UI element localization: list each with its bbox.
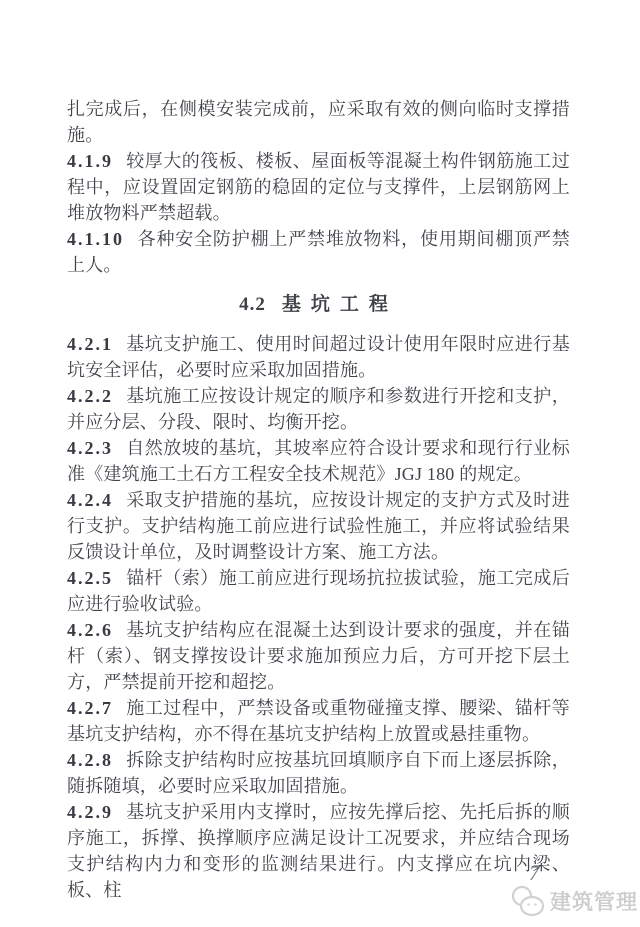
clause-number: 4.2.2	[67, 386, 113, 406]
clause-4-2-2: 4.2.2基坑施工应按设计规定的顺序和参数进行开挖和支护，并应分层、分段、限时、…	[67, 383, 570, 435]
clause-text: 锚杆（索）施工前应进行现场抗拉拔试验，施工完成后应进行验收试验。	[67, 568, 570, 614]
document-page: 扎完成后，在侧模安装完成前，应采取有效的侧向临时支撑措施。 4.1.9较厚大的筏…	[0, 0, 640, 927]
clause-4-2-4: 4.2.4采取支护措施的基坑，应按设计规定的支护方式及时进行支护。支护结构施工前…	[67, 487, 570, 565]
clause-number: 4.2.9	[67, 802, 113, 822]
clause-number: 4.2.8	[67, 750, 113, 770]
clause-text: 扎完成后，在侧模安装完成前，应采取有效的侧向临时支撑措施。	[67, 99, 570, 145]
clause-4-2-1: 4.2.1基坑支护施工、使用时间超过设计使用年限时应进行基坑安全评估，必要时应采…	[67, 331, 570, 383]
clause-4-2-5: 4.2.5锚杆（索）施工前应进行现场抗拉拔试验，施工完成后应进行验收试验。	[67, 565, 570, 617]
clause-text: 基坑支护施工、使用时间超过设计使用年限时应进行基坑安全评估，必要时应采取加固措施…	[67, 334, 570, 380]
clause-number: 4.1.10	[67, 229, 124, 249]
clause-text: 拆除支护结构时应按基坑回填顺序自下而上逐层拆除，随拆随填，必要时应采取加固措施。	[67, 750, 570, 796]
clause-4-2-8: 4.2.8拆除支护结构时应按基坑回填顺序自下而上逐层拆除，随拆随填，必要时应采取…	[67, 747, 570, 799]
clause-text: 基坑施工应按设计规定的顺序和参数进行开挖和支护，并应分层、分段、限时、均衡开挖。	[67, 386, 570, 432]
clause-number: 4.2.7	[67, 698, 113, 718]
clause-4-2-9: 4.2.9基坑支护采用内支撑时，应按先撑后挖、先托后拆的顺序施工，拆撑、换撑顺序…	[67, 799, 570, 903]
section-title: 基坑工程	[282, 294, 398, 315]
clause-number: 4.2.5	[67, 568, 113, 588]
clause-text: 基坑支护结构应在混凝土达到设计要求的强度，并在锚杆（索）、钢支撑按设计要求施加预…	[67, 620, 570, 692]
watermark-logo: 建筑管理	[510, 885, 638, 917]
section-heading: 4.2基坑工程	[67, 291, 570, 318]
clause-number: 4.2.4	[67, 490, 113, 510]
clause-number: 4.2.1	[67, 334, 113, 354]
clause-4-2-7: 4.2.7施工过程中，严禁设备或重物碰撞支撑、腰梁、锚杆等基坑支护结构，亦不得在…	[67, 695, 570, 747]
section-number: 4.2	[239, 294, 266, 315]
clause-text: 基坑支护采用内支撑时，应按先撑后挖、先托后拆的顺序施工，拆撑、换撑顺序应满足设计…	[67, 802, 570, 900]
clause-text: 各种安全防护棚上严禁堆放物料，使用期间棚顶严禁上人。	[67, 229, 570, 275]
clause-text: 较厚大的筏板、楼板、屋面板等混凝土构件钢筋施工过程中，应设置固定钢筋的稳固的定位…	[67, 151, 570, 223]
page-body-text: 扎完成后，在侧模安装完成前，应采取有效的侧向临时支撑措施。 4.1.9较厚大的筏…	[67, 96, 570, 903]
clause-4-1-9: 4.1.9较厚大的筏板、楼板、屋面板等混凝土构件钢筋施工过程中，应设置固定钢筋的…	[67, 148, 570, 226]
page-number: 7	[529, 861, 540, 886]
clause-4-2-6: 4.2.6基坑支护结构应在混凝土达到设计要求的强度，并在锚杆（索）、钢支撑按设计…	[67, 617, 570, 695]
clause-number: 4.1.9	[67, 151, 113, 171]
watermark-label: 建筑管理	[550, 886, 638, 916]
clause-text: 施工过程中，严禁设备或重物碰撞支撑、腰梁、锚杆等基坑支护结构，亦不得在基坑支护结…	[67, 698, 570, 744]
clause-text: 采取支护措施的基坑，应按设计规定的支护方式及时进行支护。支护结构施工前应进行试验…	[67, 490, 570, 562]
paragraph-continuation: 扎完成后，在侧模安装完成前，应采取有效的侧向临时支撑措施。	[67, 96, 570, 148]
clause-text: 自然放坡的基坑，其坡率应符合设计要求和现行行业标准《建筑施工土石方工程安全技术规…	[67, 438, 570, 484]
clause-number: 4.2.6	[67, 620, 113, 640]
clause-number: 4.2.3	[67, 438, 113, 458]
bubbles-icon	[510, 885, 546, 917]
clause-4-2-3: 4.2.3自然放坡的基坑，其坡率应符合设计要求和现行行业标准《建筑施工土石方工程…	[67, 435, 570, 487]
clause-4-1-10: 4.1.10各种安全防护棚上严禁堆放物料，使用期间棚顶严禁上人。	[67, 226, 570, 278]
